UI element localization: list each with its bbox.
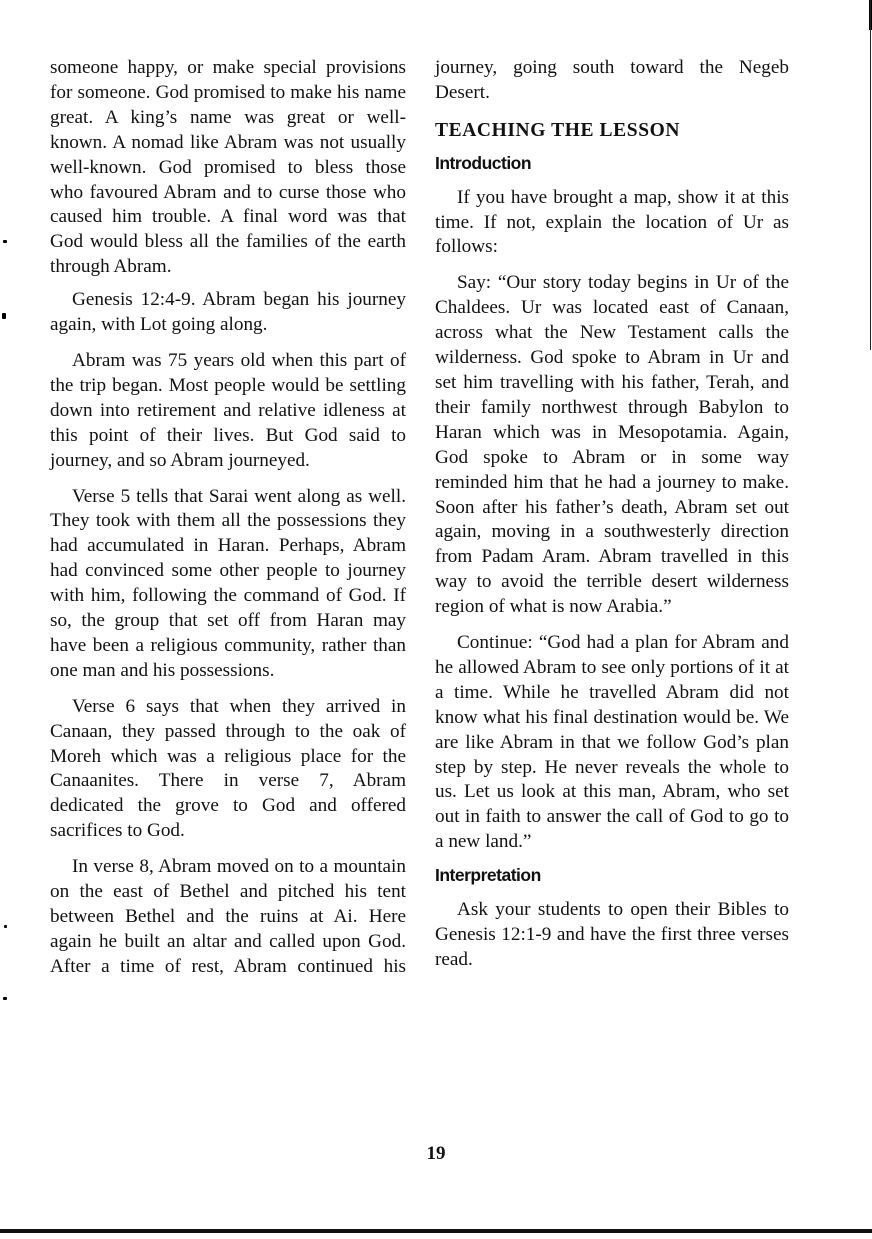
book-page: someone happy, or make special provision… bbox=[0, 0, 872, 1239]
paragraph: Genesis 12:4-9. Abram began his journey … bbox=[50, 288, 406, 338]
right-column: journey, going south toward the Negeb De… bbox=[435, 56, 789, 984]
section-heading: TEACHING THE LESSON bbox=[435, 119, 789, 144]
subheading-interpretation: Interpretation bbox=[435, 863, 789, 888]
paragraph: Verse 6 says that when they arrived in C… bbox=[50, 695, 406, 844]
paragraph: Abram was 75 years old when this part of… bbox=[50, 349, 406, 474]
paragraph: Continue: “God had a plan for Abram and … bbox=[435, 631, 789, 855]
paragraph: someone happy, or make special provision… bbox=[50, 56, 406, 280]
scan-speck bbox=[4, 925, 7, 928]
scan-speck bbox=[2, 313, 6, 319]
page-edge-line bbox=[870, 0, 871, 350]
paragraph-continuation: journey, going south toward the Negeb De… bbox=[435, 56, 789, 106]
paragraph: Ask your students to open their Bibles t… bbox=[435, 898, 789, 973]
paragraph: Say: “Our story today begins in Ur of th… bbox=[435, 271, 789, 620]
paragraph: In verse 8, Abram moved on to a mountain… bbox=[50, 855, 406, 980]
subheading-introduction: Introduction bbox=[435, 151, 789, 176]
paragraph: Verse 5 tells that Sarai went along as w… bbox=[50, 485, 406, 684]
paragraph: If you have brought a map, show it at th… bbox=[435, 186, 789, 261]
page-number: 19 bbox=[0, 1143, 872, 1165]
scan-speck bbox=[3, 240, 7, 243]
left-column: someone happy, or make special provision… bbox=[50, 56, 406, 991]
scan-speck bbox=[3, 997, 7, 1000]
bottom-page-edge bbox=[0, 1229, 872, 1233]
